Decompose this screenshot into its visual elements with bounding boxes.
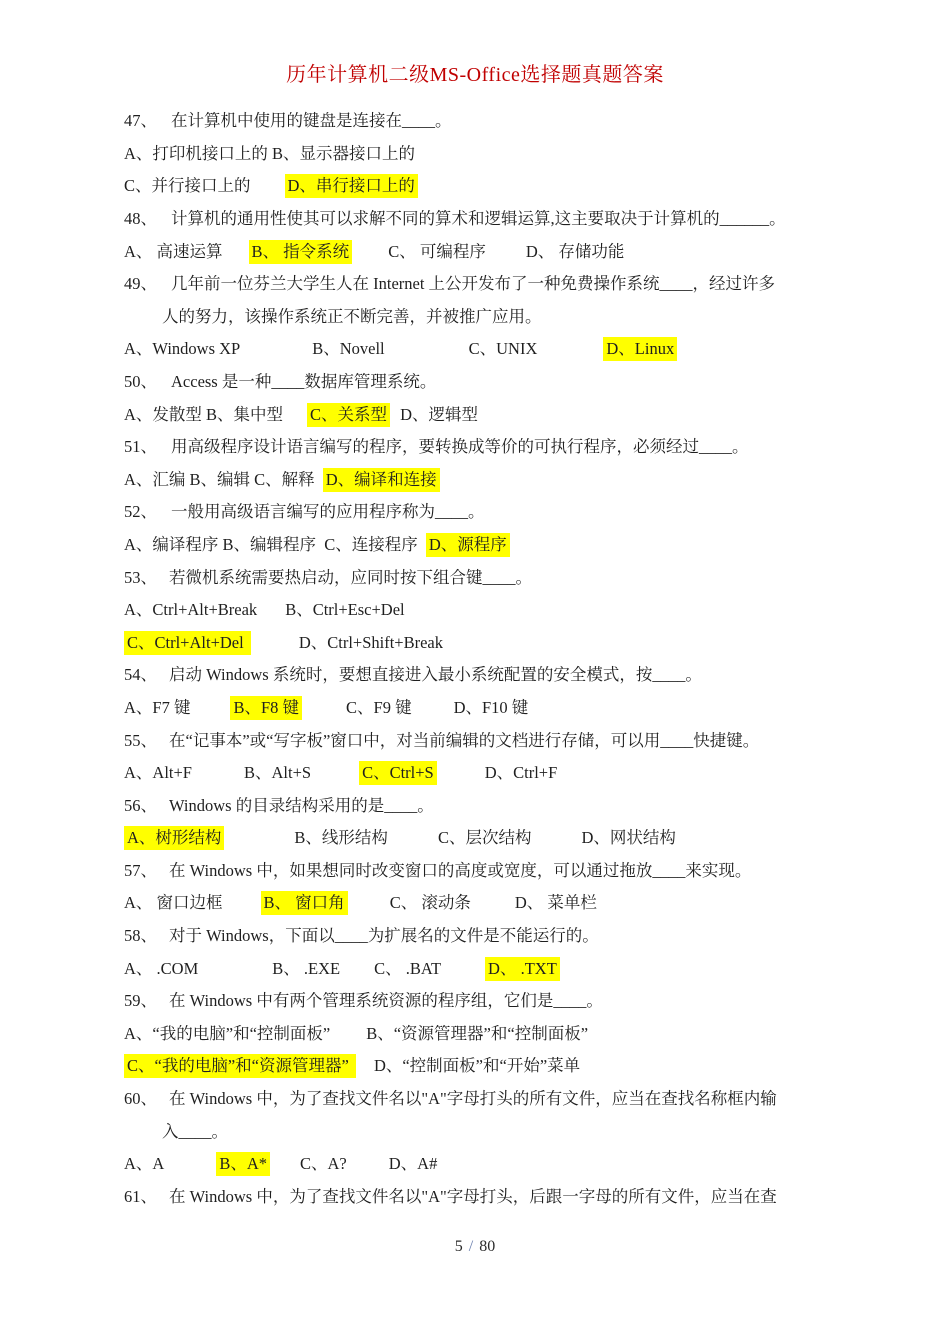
text-segment: 在 Windows 中，为了查找文件名以"A"字母打头，后跟一字母的所有文件，应…	[169, 1186, 777, 1208]
text-segment: A、“我的电脑”和“控制面板”	[124, 1023, 330, 1045]
text-segment: D、F10 键	[454, 697, 529, 719]
text-segment: 59、	[124, 990, 157, 1012]
text-segment: D、Ctrl+Shift+Break	[299, 632, 443, 654]
text-segment: 61、	[124, 1186, 157, 1208]
text-segment: A、发散型 B、集中型	[124, 404, 283, 426]
text-segment: C、F9 键	[346, 697, 412, 719]
text-segment: 50、	[124, 371, 157, 393]
highlighted-answer: D、编译和连接	[323, 468, 440, 492]
text-line: 54、启动 Windows 系统时，要想直接进入最小系统配置的安全模式，按___…	[124, 658, 860, 691]
text-line: A、打印机接口上的 B、显示器接口上的	[124, 137, 860, 170]
text-segment: C、UNIX	[469, 338, 538, 360]
text-segment: 54、	[124, 664, 157, 686]
footer-total-pages: 80	[479, 1238, 495, 1255]
text-segment: A、Alt+F	[124, 762, 192, 784]
text-segment: 55、	[124, 730, 157, 752]
highlighted-answer: A、树形结构	[124, 826, 224, 850]
text-line: A、Windows XPB、NovellC、UNIXD、Linux	[124, 332, 860, 365]
text-segment: A、 .COM	[124, 958, 198, 980]
text-line: 47、在计算机中使用的键盘是连接在____。	[124, 104, 860, 137]
text-line: A、 高速运算B、 指令系统C、 可编程序D、 存储功能	[124, 234, 860, 267]
text-segment: 58、	[124, 925, 157, 947]
highlighted-answer: D、Linux	[603, 337, 677, 361]
text-line: 59、在 Windows 中有两个管理系统资源的程序组，它们是____。	[124, 984, 860, 1017]
text-segment: 51、	[124, 436, 157, 458]
page-title: 历年计算机二级MS-Office选择题真题答案	[0, 58, 950, 87]
text-segment: C、 可编程序	[388, 241, 486, 263]
text-segment: A、汇编 B、编辑 C、解释	[124, 469, 315, 491]
text-line: A、 .COMB、 .EXEC、 .BATD、 .TXT	[124, 951, 860, 984]
text-line: A、AB、A*C、A?D、A#	[124, 1147, 860, 1180]
text-segment: A、Windows XP	[124, 338, 240, 360]
highlighted-answer: B、A*	[216, 1152, 270, 1176]
text-segment: 在 Windows 中有两个管理系统资源的程序组，它们是____。	[169, 990, 603, 1012]
text-line: 人的努力，该操作系统正不断完善，并被推广应用。	[124, 300, 860, 333]
text-segment: A、编译程序 B、编辑程序 C、连接程序	[124, 534, 418, 556]
text-segment: B、Alt+S	[244, 762, 311, 784]
text-segment: 用高级程序设计语言编写的程序，要转换成等价的可执行程序，必须经过____。	[171, 436, 749, 458]
highlighted-answer: B、 指令系统	[249, 240, 353, 264]
text-line: 55、在“记事本”或“写字板”窗口中，对当前编辑的文档进行存储，可以用____快…	[124, 723, 860, 756]
text-line: C、并行接口上的D、串行接口上的	[124, 169, 860, 202]
text-line: 51、用高级程序设计语言编写的程序，要转换成等价的可执行程序，必须经过____。	[124, 430, 860, 463]
highlighted-answer: B、F8 键	[230, 696, 302, 720]
text-segment: C、 .BAT	[374, 958, 441, 980]
text-line: A、汇编 B、编辑 C、解释D、编译和连接	[124, 463, 860, 496]
text-line: A、编译程序 B、编辑程序 C、连接程序D、源程序	[124, 528, 860, 561]
text-segment: C、并行接口上的	[124, 175, 251, 197]
footer-page-number: 5	[455, 1238, 463, 1255]
page-footer: 5/80	[0, 1238, 950, 1256]
text-segment: D、 存储功能	[526, 241, 625, 263]
text-segment: D、网状结构	[581, 827, 675, 849]
text-segment: D、逻辑型	[400, 404, 478, 426]
document-page: 历年计算机二级MS-Office选择题真题答案 47、在计算机中使用的键盘是连接…	[0, 0, 950, 1341]
highlighted-answer: D、串行接口上的	[285, 174, 418, 198]
text-segment: A、Ctrl+Alt+Break	[124, 599, 257, 621]
text-line: C、Ctrl+Alt+Del D、Ctrl+Shift+Break	[124, 626, 860, 659]
text-line: 入____。	[124, 1114, 860, 1147]
text-segment: 一般用高级语言编写的应用程序称为____。	[171, 501, 485, 523]
highlighted-answer: C、“我的电脑”和“资源管理器”	[124, 1054, 356, 1078]
footer-separator: /	[463, 1238, 479, 1255]
text-line: 49、几年前一位芬兰大学生人在 Internet 上公开发布了一种免费操作系统_…	[124, 267, 860, 300]
text-segment: 启动 Windows 系统时，要想直接进入最小系统配置的安全模式，按____。	[169, 664, 702, 686]
text-line: 61、在 Windows 中，为了查找文件名以"A"字母打头，后跟一字母的所有文…	[124, 1180, 860, 1213]
text-segment: 49、	[124, 273, 157, 295]
text-segment: D、 菜单栏	[515, 892, 597, 914]
text-segment: 在计算机中使用的键盘是连接在____。	[171, 110, 452, 132]
text-line: A、F7 键B、F8 键C、F9 键D、F10 键	[124, 691, 860, 724]
text-segment: 对于 Windows，下面以____为扩展名的文件是不能运行的。	[169, 925, 599, 947]
text-line: A、树形结构B、线形结构C、层次结构D、网状结构	[124, 821, 860, 854]
text-line: 56、Windows 的目录结构采用的是____。	[124, 788, 860, 821]
text-segment: B、 .EXE	[272, 958, 340, 980]
text-segment: 在 Windows 中，如果想同时改变窗口的高度或宽度，可以通过拖放____来实…	[169, 860, 751, 882]
text-segment: C、A?	[300, 1153, 347, 1175]
text-segment: 52、	[124, 501, 157, 523]
text-segment: 在 Windows 中，为了查找文件名以"A"字母打头的所有文件，应当在查找名称…	[169, 1088, 777, 1110]
exam-question-lines: 47、在计算机中使用的键盘是连接在____。A、打印机接口上的 B、显示器接口上…	[124, 104, 860, 1212]
text-line: A、Ctrl+Alt+BreakB、Ctrl+Esc+Del	[124, 593, 860, 626]
highlighted-answer: D、源程序	[426, 533, 510, 557]
text-line: 57、在 Windows 中，如果想同时改变窗口的高度或宽度，可以通过拖放___…	[124, 854, 860, 887]
text-segment: D、Ctrl+F	[485, 762, 558, 784]
text-line: C、“我的电脑”和“资源管理器” D、“控制面板”和“开始”菜单	[124, 1049, 860, 1082]
text-segment: B、Novell	[312, 338, 384, 360]
text-line: 48、计算机的通用性使其可以求解不同的算术和逻辑运算,这主要取决于计算机的___…	[124, 202, 860, 235]
text-segment: A、 窗口边框	[124, 892, 223, 914]
text-segment: A、A	[124, 1153, 164, 1175]
text-segment: A、F7 键	[124, 697, 190, 719]
text-segment: D、“控制面板”和“开始”菜单	[374, 1055, 580, 1077]
text-segment: A、打印机接口上的 B、显示器接口上的	[124, 143, 415, 165]
text-line: 50、Access 是一种____数据库管理系统。	[124, 365, 860, 398]
text-line: 52、一般用高级语言编写的应用程序称为____。	[124, 495, 860, 528]
text-line: 60、在 Windows 中，为了查找文件名以"A"字母打头的所有文件，应当在查…	[124, 1082, 860, 1115]
text-segment: 47、	[124, 110, 157, 132]
text-segment: Windows 的目录结构采用的是____。	[169, 795, 434, 817]
text-line: A、 窗口边框B、 窗口角C、 滚动条D、 菜单栏	[124, 886, 860, 919]
text-segment: 人的努力，该操作系统正不断完善，并被推广应用。	[162, 306, 542, 328]
text-segment: C、 滚动条	[390, 892, 471, 914]
text-segment: 入____。	[162, 1121, 228, 1143]
highlighted-answer: C、Ctrl+Alt+Del	[124, 631, 251, 655]
text-segment: D、A#	[389, 1153, 438, 1175]
text-segment: 48、	[124, 208, 157, 230]
highlighted-answer: C、Ctrl+S	[359, 761, 437, 785]
text-segment: 57、	[124, 860, 157, 882]
text-line: A、Alt+FB、Alt+SC、Ctrl+SD、Ctrl+F	[124, 756, 860, 789]
highlighted-answer: C、关系型	[307, 403, 390, 427]
text-segment: C、层次结构	[438, 827, 532, 849]
text-segment: B、线形结构	[294, 827, 388, 849]
text-segment: 53、	[124, 567, 157, 589]
highlighted-answer: B、 窗口角	[261, 891, 348, 915]
text-line: 58、对于 Windows，下面以____为扩展名的文件是不能运行的。	[124, 919, 860, 952]
text-segment: B、“资源管理器”和“控制面板”	[366, 1023, 588, 1045]
text-line: 53、若微机系统需要热启动，应同时按下组合键____。	[124, 560, 860, 593]
text-segment: 60、	[124, 1088, 157, 1110]
text-segment: 若微机系统需要热启动，应同时按下组合键____。	[169, 567, 532, 589]
text-segment: 在“记事本”或“写字板”窗口中，对当前编辑的文档进行存储，可以用____快捷键。	[169, 730, 759, 752]
text-segment: A、 高速运算	[124, 241, 223, 263]
text-segment: B、Ctrl+Esc+Del	[285, 599, 404, 621]
text-segment: 几年前一位芬兰大学生人在 Internet 上公开发布了一种免费操作系统____…	[171, 273, 775, 295]
text-segment: Access 是一种____数据库管理系统。	[171, 371, 436, 393]
text-line: A、“我的电脑”和“控制面板”B、“资源管理器”和“控制面板”	[124, 1017, 860, 1050]
highlighted-answer: D、 .TXT	[485, 957, 560, 981]
text-line: A、发散型 B、集中型C、关系型D、逻辑型	[124, 397, 860, 430]
text-segment: 计算机的通用性使其可以求解不同的算术和逻辑运算,这主要取决于计算机的______…	[171, 208, 786, 230]
text-segment: 56、	[124, 795, 157, 817]
